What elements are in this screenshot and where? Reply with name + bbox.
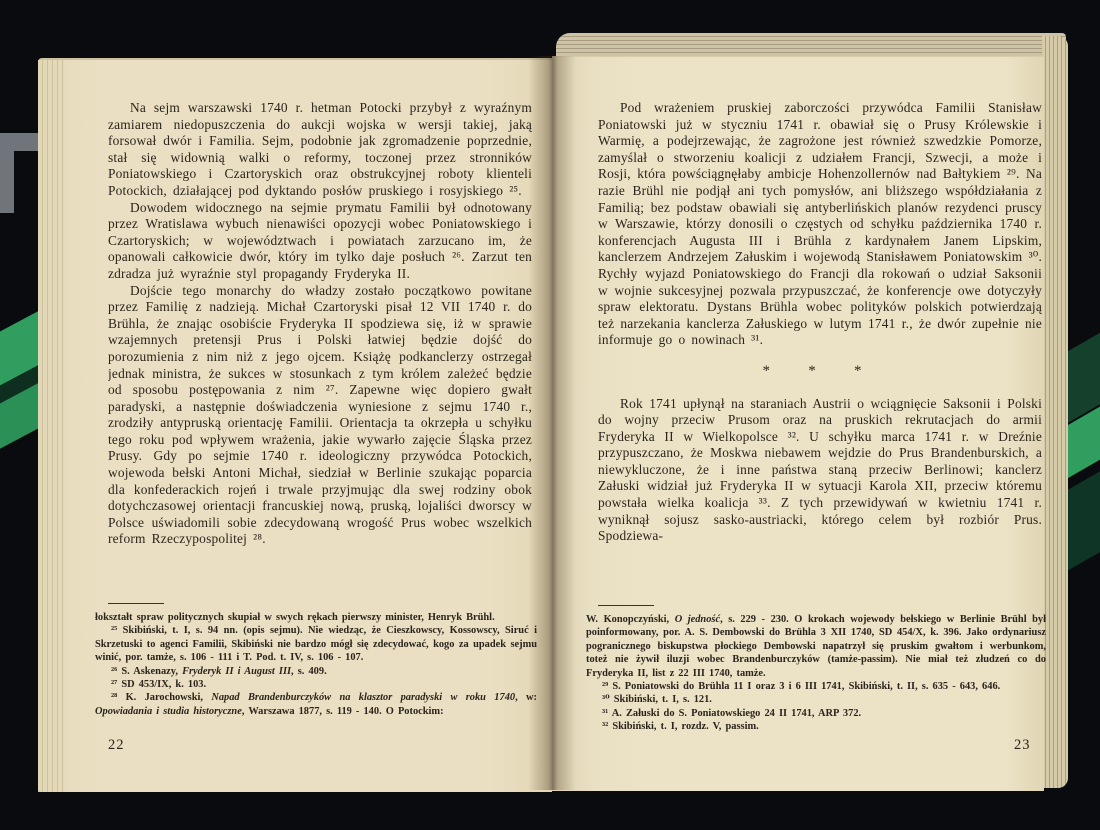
footnote-33: ³³ A. Załuski do S. Poniatowskiego 26 II… bbox=[586, 734, 1046, 735]
footnote-32: ³² Skibiński, t. I, rozdz. V, passim. bbox=[586, 720, 1046, 733]
book-scan: Na sejm warszawski 1740 r. hetman Potock… bbox=[0, 0, 1100, 830]
footnote-separator-rule bbox=[108, 603, 164, 604]
footnote-28: ²⁸ K. Jarochowski, Napad Brandenburczykó… bbox=[95, 691, 537, 718]
footnote-continuation: W. Konopczyński, O jedność, s. 229 - 230… bbox=[586, 613, 1046, 680]
page-number: 23 bbox=[1014, 737, 1031, 754]
section-break-asterisks: * * * bbox=[598, 363, 1042, 380]
footnote-27: ²⁷ SD 453/IX, k. 103. bbox=[95, 678, 537, 691]
footnote-continuation: łokształt spraw politycznych skupiał w s… bbox=[95, 611, 537, 624]
body-paragraph: Dojście tego monarchy do władzy zostało … bbox=[108, 283, 532, 549]
footnote-29: ²⁹ S. Poniatowski do Brühla 11 I oraz 3 … bbox=[586, 680, 1046, 693]
page-edge-stack-left bbox=[38, 60, 64, 792]
right-page-footnotes: W. Konopczyński, O jedność, s. 229 - 230… bbox=[586, 613, 1046, 735]
page-number: 22 bbox=[108, 737, 125, 754]
left-page-footnotes: łokształt spraw politycznych skupiał w s… bbox=[95, 611, 537, 733]
body-paragraph: Pod wrażeniem pruskiej zaborczości przyw… bbox=[598, 100, 1042, 349]
footnote-25: ²⁵ Skibiński, t. I, s. 94 nn. (opis sejm… bbox=[95, 624, 537, 664]
right-page-body-text: Pod wrażeniem pruskiej zaborczości przyw… bbox=[598, 100, 1042, 602]
left-page-body-text: Na sejm warszawski 1740 r. hetman Potock… bbox=[108, 100, 532, 602]
body-paragraph: Na sejm warszawski 1740 r. hetman Potock… bbox=[108, 100, 532, 200]
body-paragraph: Rok 1741 upłynął na staraniach Austrii o… bbox=[598, 396, 1042, 545]
footnote-30: ³⁰ Skibiński, t. I, s. 121. bbox=[586, 693, 1046, 706]
footnote-26: ²⁶ S. Askenazy, Fryderyk II i August III… bbox=[95, 665, 537, 678]
footnote-31: ³¹ A. Załuski do S. Poniatowskiego 24 II… bbox=[586, 707, 1046, 720]
body-paragraph: Dowodem widocznego na sejmie prymatu Fam… bbox=[108, 200, 532, 283]
gutter-shadow bbox=[528, 56, 576, 790]
cover-gray-shape-cutout bbox=[14, 151, 40, 213]
footnote-separator-rule bbox=[598, 605, 654, 606]
